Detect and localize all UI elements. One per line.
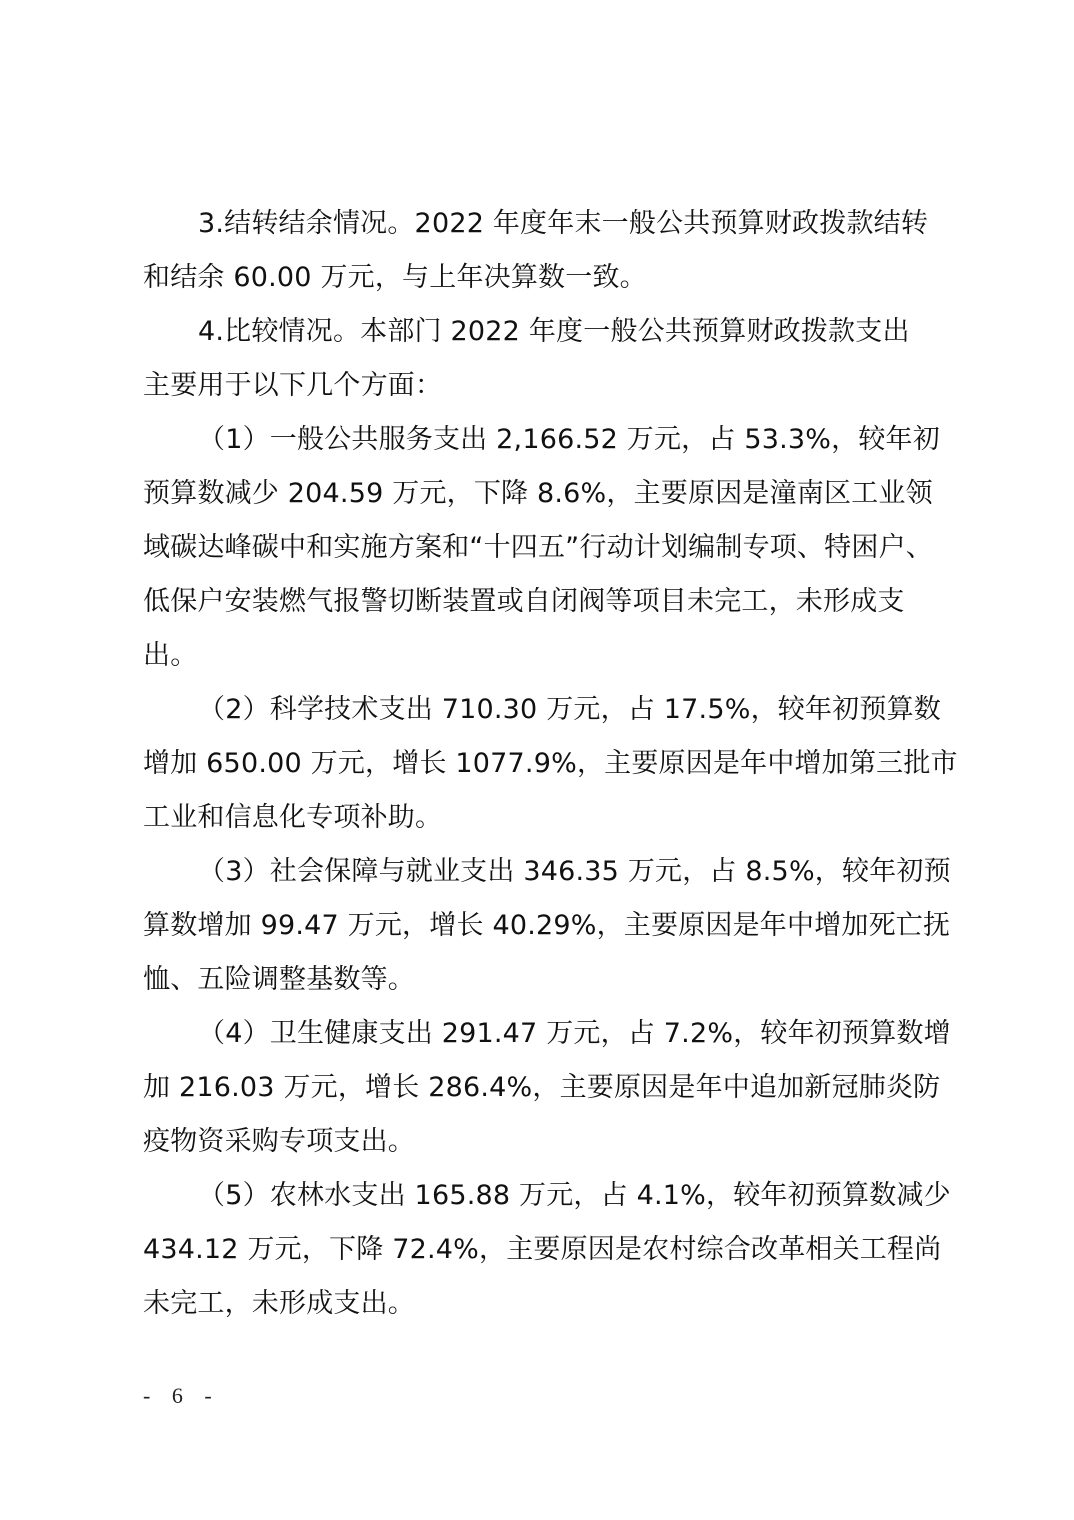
item-3-line-2: 算数增加 99.47 万元，增长 40.29%，主要原因是年中增加死亡抚 — [143, 909, 950, 943]
item-1-line-2: 预算数减少 204.59 万元，下降 8.6%，主要原因是潼南区工业领 — [143, 477, 933, 511]
item-2-line-1: （2）科学技术支出 710.30 万元，占 17.5%，较年初预算数 — [198, 693, 941, 727]
item-2-line-2: 增加 650.00 万元，增长 1077.9%，主要原因是年中增加第三批市 — [143, 747, 958, 781]
item-4-line-2: 加 216.03 万元，增长 286.4%，主要原因是年中追加新冠肺炎防 — [143, 1071, 940, 1105]
item-1-line-5: 出。 — [143, 639, 197, 673]
paragraph-carryover-line-2: 和结余 60.00 万元，与上年决算数一致。 — [143, 261, 647, 295]
paragraph-carryover-line-1: 3.结转结余情况。2022 年度年末一般公共预算财政拨款结转 — [198, 207, 928, 241]
item-5-line-1: （5）农林水支出 165.88 万元，占 4.1%，较年初预算数减少 — [198, 1179, 951, 1213]
item-1-line-1: （1）一般公共服务支出 2,166.52 万元，占 53.3%，较年初 — [198, 423, 940, 457]
item-4-line-3: 疫物资采购专项支出。 — [143, 1125, 415, 1159]
item-3-line-3: 恤、五险调整基数等。 — [143, 963, 415, 997]
item-4-line-1: （4）卫生健康支出 291.47 万元，占 7.2%，较年初预算数增 — [198, 1017, 951, 1051]
item-1-line-4: 低保户安装燃气报警切断装置或自闭阀等项目未完工，未形成支 — [143, 585, 905, 619]
item-3-line-1: （3）社会保障与就业支出 346.35 万元，占 8.5%，较年初预 — [198, 855, 951, 889]
paragraph-comparison-line-2: 主要用于以下几个方面： — [143, 369, 442, 403]
item-5-line-3: 未完工，未形成支出。 — [143, 1287, 415, 1321]
item-2-line-3: 工业和信息化专项补助。 — [143, 801, 442, 835]
paragraph-comparison-line-1: 4.比较情况。本部门 2022 年度一般公共预算财政拨款支出 — [198, 315, 910, 349]
document-page: 3.结转结余情况。2022 年度年末一般公共预算财政拨款结转 和结余 60.00… — [0, 0, 1074, 1520]
item-5-line-2: 434.12 万元，下降 72.4%，主要原因是农村综合改革相关工程尚 — [143, 1233, 941, 1267]
item-1-line-3: 域碳达峰碳中和实施方案和“十四五”行动计划编制专项、特困户、 — [143, 531, 933, 565]
page-number: - 6 - — [143, 1383, 220, 1409]
